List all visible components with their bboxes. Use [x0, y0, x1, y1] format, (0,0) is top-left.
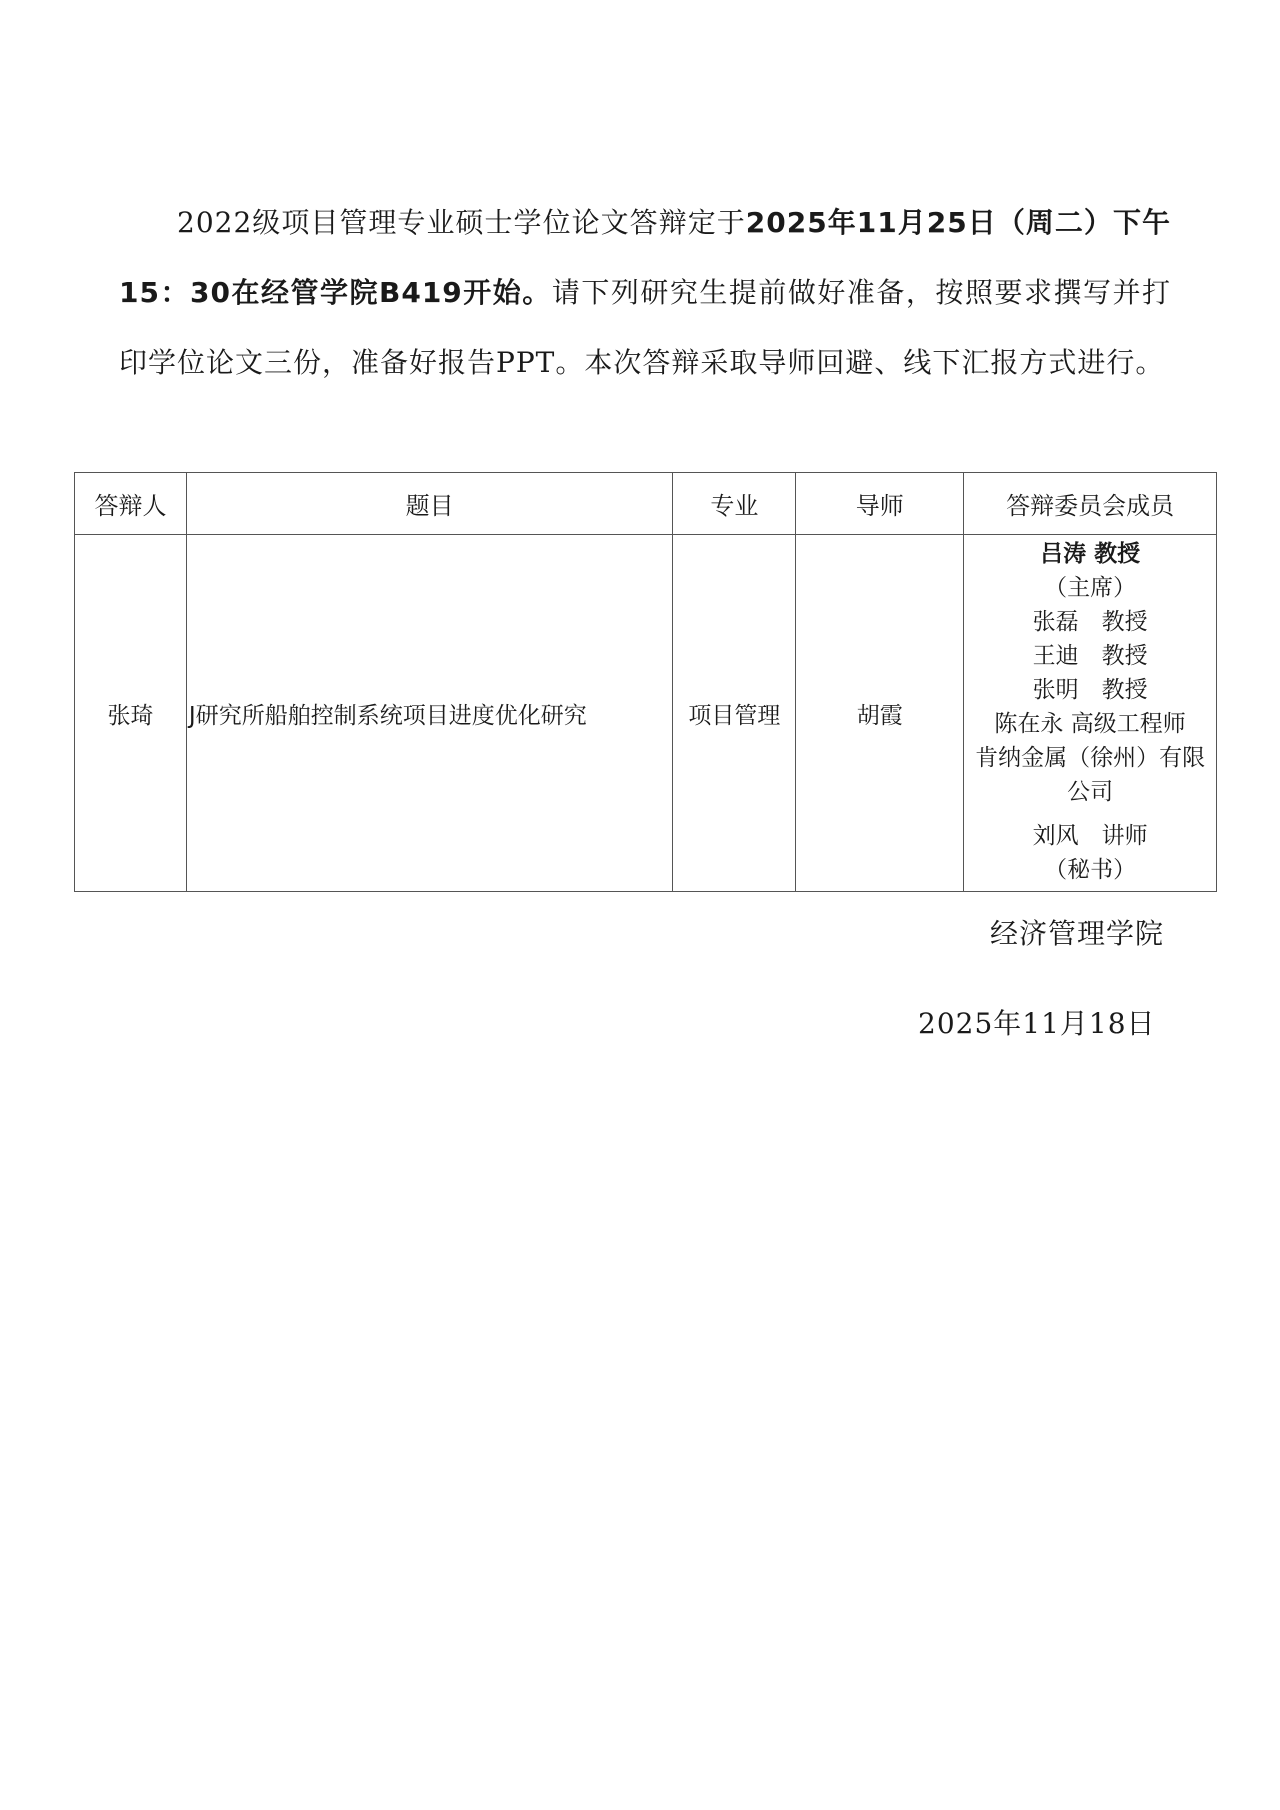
committee-member: 张磊 教授: [968, 605, 1212, 639]
committee-chair-role: （主席）: [968, 571, 1212, 605]
committee-secretary-role: （秘书）: [968, 853, 1212, 887]
cell-advisor: 胡霞: [796, 535, 964, 892]
issue-date: 2025年11月18日: [918, 1002, 1156, 1042]
committee-chair-name: 吕涛 教授: [968, 537, 1212, 571]
header-title: 题目: [186, 473, 673, 535]
committee-list: 吕涛 教授 （主席） 张磊 教授 王迪 教授 张明 教授 陈在永 高级工程师 肯…: [968, 535, 1212, 891]
defense-schedule-table: 答辩人 题目 专业 导师 答辩委员会成员 张琦 J研究所船舶控制系统项目进度优化…: [74, 472, 1217, 892]
cell-student: 张琦: [75, 535, 187, 892]
header-committee: 答辩委员会成员: [964, 473, 1217, 535]
committee-member: 陈在永 高级工程师: [968, 707, 1212, 741]
committee-secretary-name: 刘风 讲师: [968, 819, 1212, 853]
issuing-organization: 经济管理学院: [990, 912, 1164, 952]
spacer: [968, 809, 1212, 819]
cell-thesis-title: J研究所船舶控制系统项目进度优化研究: [186, 535, 673, 892]
notice-text-intro: 2022级项目管理专业硕士学位论文答辩定于: [177, 206, 746, 239]
table-header-row: 答辩人 题目 专业 导师 答辩委员会成员: [75, 473, 1217, 535]
header-major: 专业: [673, 473, 796, 535]
header-student: 答辩人: [75, 473, 187, 535]
notice-paragraph: 2022级项目管理专业硕士学位论文答辩定于2025年11月25日（周二）下午15…: [119, 188, 1171, 398]
header-advisor: 导师: [796, 473, 964, 535]
cell-committee: 吕涛 教授 （主席） 张磊 教授 王迪 教授 张明 教授 陈在永 高级工程师 肯…: [964, 535, 1217, 892]
committee-member: 张明 教授: [968, 673, 1212, 707]
committee-member-affiliation: 肯纳金属（徐州）有限公司: [968, 741, 1212, 809]
table-row: 张琦 J研究所船舶控制系统项目进度优化研究 项目管理 胡霞 吕涛 教授 （主席）…: [75, 535, 1217, 892]
committee-member: 王迪 教授: [968, 639, 1212, 673]
cell-major: 项目管理: [673, 535, 796, 892]
